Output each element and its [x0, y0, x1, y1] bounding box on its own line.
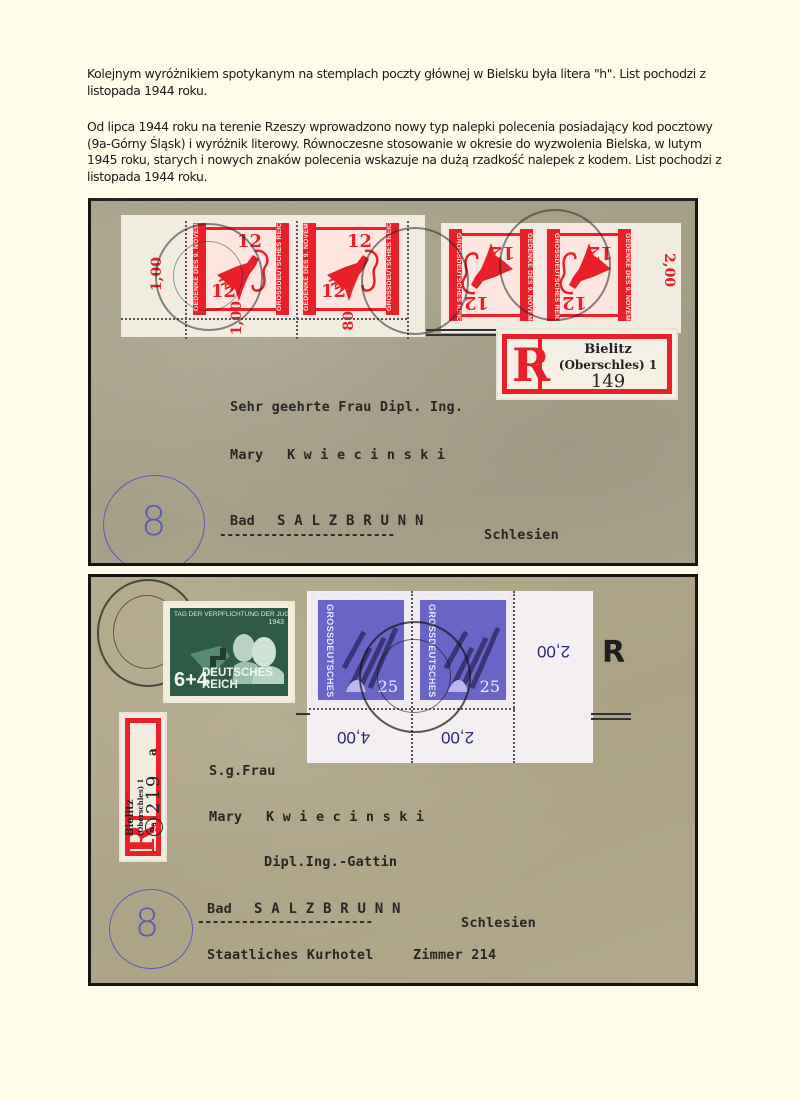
selvage-value: 4,00 — [337, 727, 370, 747]
postmark — [499, 209, 611, 321]
address-city: S A L Z B R U N N — [277, 513, 424, 529]
address-name-first: Mary — [209, 809, 242, 825]
address-name-last: K w i e c i n s k i — [266, 809, 424, 825]
address-hotel: Staatliches Kurhotel — [207, 947, 374, 963]
stamp-green: TAG DER VERPFLICHTUNG DER JUGEND 1943 6+… — [163, 601, 295, 703]
selvage-value: 2,00 — [537, 641, 570, 661]
address-city-prefix: Bad — [230, 513, 255, 529]
selvage-value: 80 — [341, 311, 357, 330]
selvage-value: 2,00 — [441, 727, 474, 747]
address-name-last: K w i e c i n s k i — [287, 447, 445, 463]
address-salutation: Sehr geehrte Frau Dipl. Ing. — [230, 399, 463, 415]
registration-label: R Bielitz (Oberschles) 1 9a 219 a — [119, 712, 167, 862]
address-region: Schlesien — [484, 527, 559, 543]
pencil-mark: 8 — [135, 901, 159, 945]
address-underline: ------------------------ — [219, 528, 395, 543]
envelope-2: TAG DER VERPFLICHTUNG DER JUGEND 1943 6+… — [88, 574, 698, 986]
address-title: Dipl.Ing.-Gattin — [264, 854, 397, 870]
registration-number: 219 — [143, 774, 164, 814]
envelope-1: GEDENKE DES 9. NOVEMBER 1923 GROSSDEUTSC… — [88, 198, 698, 566]
caption-paragraph-1: Kolejnym wyróżnikiem spotykanym na stemp… — [87, 66, 727, 99]
pencil-mark: 8 — [141, 499, 166, 545]
selvage-value: 2,00 — [661, 253, 677, 287]
address-underline: ------------------------ — [197, 915, 373, 930]
address-salutation: S.g.Frau — [209, 763, 276, 779]
caption-paragraph-2: Od lipca 1944 roku na terenie Rzeszy wpr… — [87, 119, 727, 185]
address-name-first: Mary — [230, 447, 263, 463]
postmark — [361, 227, 469, 335]
registration-number: 149 — [544, 371, 672, 392]
address-room: Zimmer 214 — [413, 947, 496, 963]
registration-label: R Bielitz (Oberschles) 1 149 — [496, 328, 678, 400]
address-region: Schlesien — [461, 915, 536, 931]
printed-letter: R — [602, 635, 625, 670]
